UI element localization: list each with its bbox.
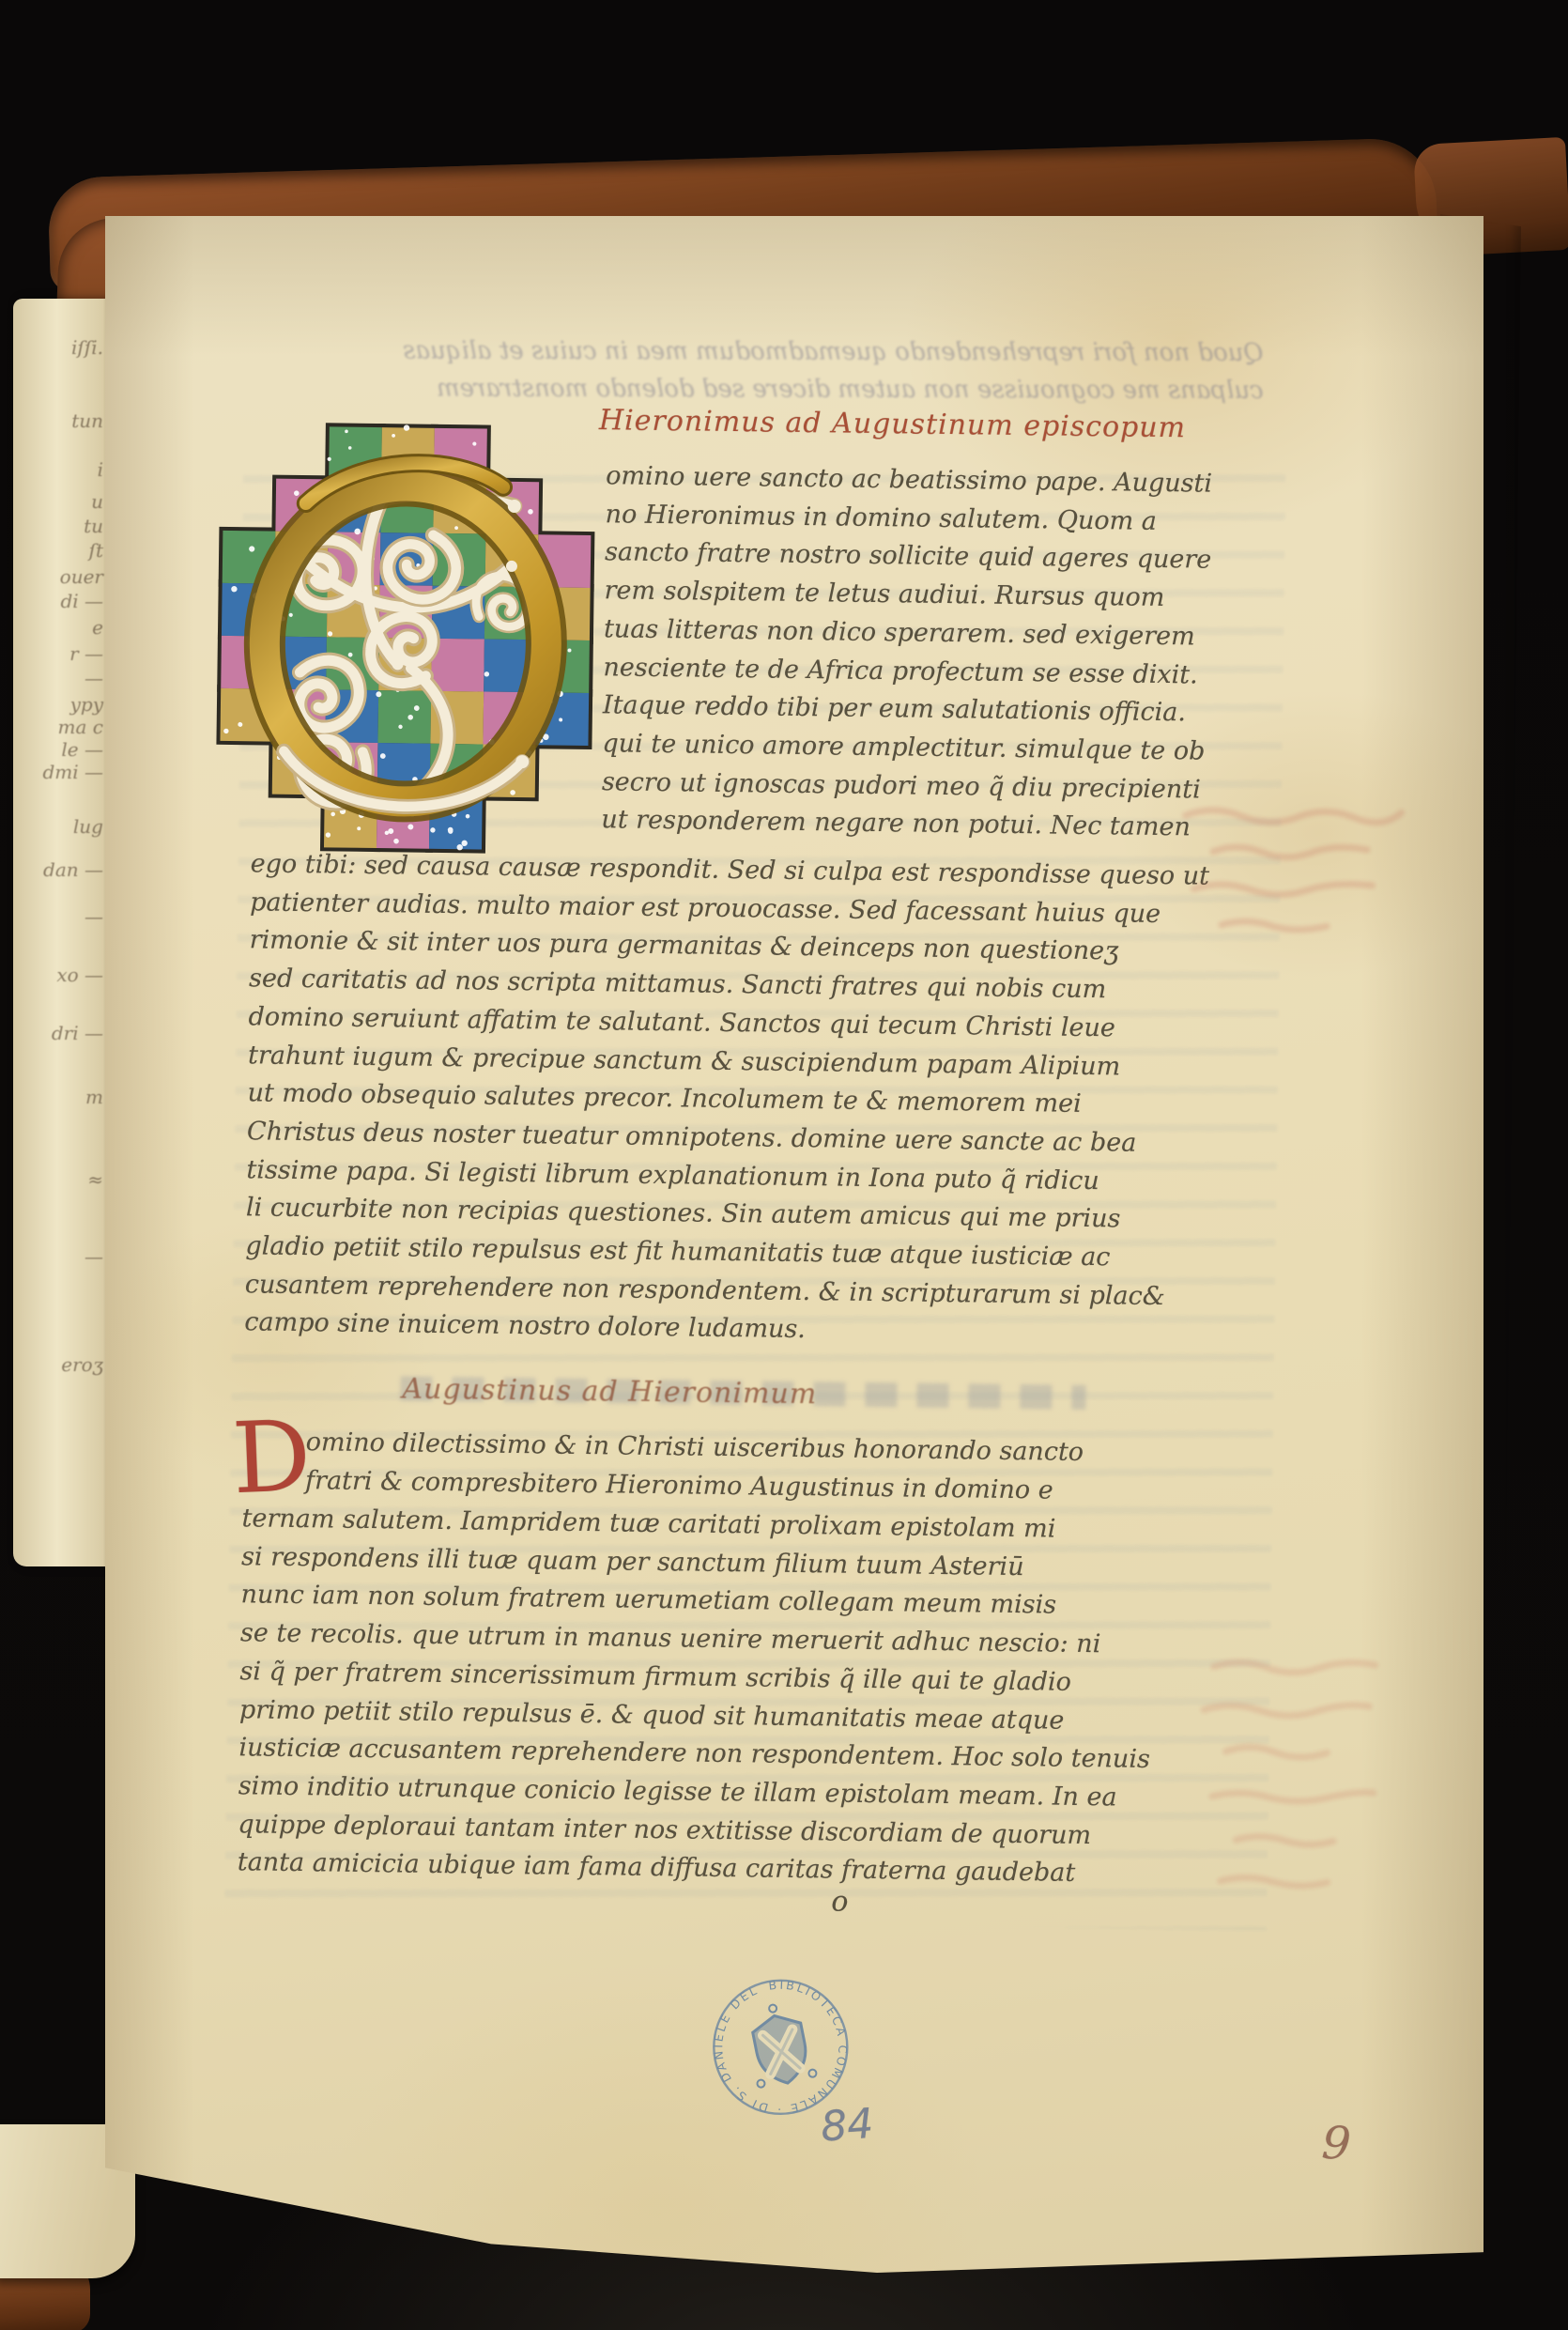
red-initial-D: D — [230, 1407, 312, 1507]
letter1-indented-lines: omino uere sancto ac beatissimo pape. Au… — [601, 457, 1212, 847]
red-marginalia-lower — [1182, 1638, 1449, 1923]
margin-fragment: — — [85, 907, 103, 926]
bleed-line: Quod non fori reprehendendo quemadmodum … — [278, 332, 1264, 372]
margin-fragment: ypy — [70, 695, 103, 714]
margin-fragment: le — — [61, 740, 103, 759]
margin-fragment: e — [92, 618, 103, 637]
margin-fragment: di — — [60, 592, 103, 610]
margin-fragment: u — [91, 492, 103, 511]
stamp-shield — [743, 1998, 817, 2089]
margin-fragment: ſt — [89, 541, 103, 560]
margin-fragment: r — — [69, 644, 103, 663]
margin-fragment: m — [85, 1088, 103, 1106]
shelfmark-pencil-number: 84 — [819, 2100, 875, 2152]
catchword: o — [831, 1885, 849, 1918]
bleed-line: culpans me cognouisse non autem dicere s… — [278, 369, 1264, 409]
margin-fragment: — — [85, 669, 103, 687]
margin-fragment: i — [98, 460, 103, 479]
page-content: Quod non fori reprehendendo quemadmodum … — [79, 215, 1484, 2290]
letter2-indented-lines: omino dilectissimo & in Christi uiscerib… — [305, 1424, 1084, 1510]
manuscript-page: Quod non fori reprehendendo quemadmodum … — [105, 216, 1483, 2273]
margin-fragment: xo — — [56, 965, 103, 984]
margin-fragment: dan — — [43, 860, 103, 879]
manuscript-photo: iſſi.tuniutuſtouerdi —er ——ypyma cle —dm… — [0, 0, 1568, 2330]
rubric-hieronimus: Hieronimus ad Augustinum episcopum — [599, 404, 1187, 444]
margin-fragment: dmi — — [42, 763, 103, 781]
margin-fragment: iſſi. — [71, 338, 103, 357]
margin-fragment: ouer — [60, 567, 103, 586]
illuminated-initial-D — [211, 420, 607, 866]
margin-fragment: — — [85, 1247, 103, 1266]
margin-fragment: dri — — [52, 1024, 103, 1042]
margin-fragment: ma c — [58, 718, 103, 736]
margin-fragment: eroʒ — [61, 1355, 103, 1374]
margin-fragment: lug — [73, 817, 103, 836]
letter1-full-lines: ego tibi: sed causa causæ respondit. Sed… — [244, 845, 1209, 1354]
text-line: ut responderem negare non potui. Nec tam… — [601, 802, 1208, 848]
margin-fragment: ≈ — [87, 1170, 103, 1189]
bleed-through-lines: Quod non fori reprehendendo quemadmodum … — [278, 332, 1264, 409]
facing-page-edge: iſſi.tuniutuſtouerdi —er ——ypyma cle —dm… — [13, 299, 111, 1566]
red-marginalia-upper — [1155, 793, 1438, 965]
rubric-augustinus: Augustinus ad Hieronimum — [402, 1372, 817, 1411]
margin-fragment: tu — [84, 517, 103, 535]
letter2-full-lines: ternam salutem. Iampridem tuæ caritati p… — [238, 1500, 1154, 1894]
folio-number: 9 — [1320, 2117, 1352, 2171]
margin-fragment: tun — [71, 411, 103, 430]
